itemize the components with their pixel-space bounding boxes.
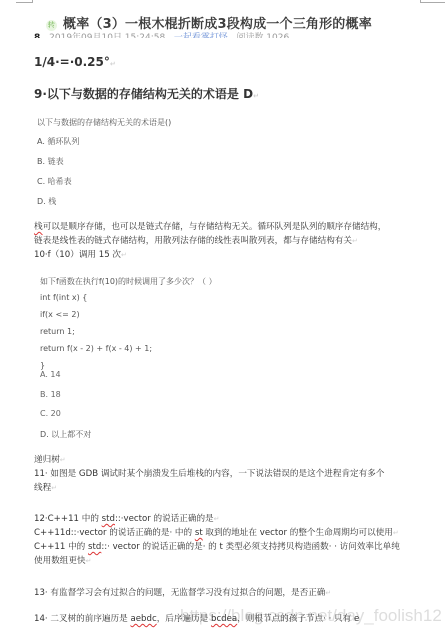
q9-explanation-line-2: 链表是线性表的链式存储结构，用散列法存储的线性表叫散列表，都与存储结构有关↵ xyxy=(34,235,358,248)
meta-reads: 阅读数 1026 xyxy=(236,33,289,38)
meta-date: 2019年09月10日 15:24:58 xyxy=(49,33,165,38)
q12-line-4: 使用数组更快↵ xyxy=(34,555,91,568)
article-title: 转概率（3）一根木棍折断成3段构成一个三角形的概率 xyxy=(46,13,372,32)
article-meta: 8 2019年09月10日 15:24:58 一起看雾打怪 阅读数 1026 xyxy=(34,32,364,38)
q10-option-a: A. 14 xyxy=(40,370,61,379)
question-9-heading: 9·以下与数据的存储结构无关的术语是 D↵ xyxy=(34,85,259,102)
q9-question: 以下与数据的存储结构无关的术语是() xyxy=(37,117,171,128)
code-line: return f(x - 2) + f(x - 4) + 1; xyxy=(40,344,152,353)
meta-author-link[interactable]: 一起看雾打怪 xyxy=(174,33,228,38)
code-line: } xyxy=(40,361,45,370)
page-corner-mark xyxy=(16,0,33,3)
q10-option-c: C. 20 xyxy=(40,409,61,418)
q10-explanation: 递归树↵ xyxy=(34,454,66,467)
code-line: int f(int x) { xyxy=(40,293,87,302)
q10-option-d: D. 以上都不对 xyxy=(40,429,91,440)
q10-option-b: B. 18 xyxy=(40,390,61,399)
answer-8: 1/4·=·0.25°↵ xyxy=(34,55,116,69)
q13: 13· 有监督学习会有过拟合的问题，无监督学习没有过拟合的问题，是否正确↵ xyxy=(34,587,331,600)
q9-option-d: D. 栈 xyxy=(37,196,56,207)
q10-question: 如下f函数在执行f(10)的时候调用了多少次？（ ） xyxy=(40,276,217,287)
code-line: if(x <= 2) xyxy=(40,310,80,319)
page-corner-mark xyxy=(420,0,445,3)
q9-explanation-line-1: 栈可以是顺序存储，也可以是链式存储，与存储结构无关。循环队列是队列的顺序存储结构… xyxy=(34,221,386,234)
list-number: 8 xyxy=(34,33,40,38)
q12-line-1: 12·C++11 中的 std::·vector 的说话正确的是↵ xyxy=(34,513,220,526)
repost-badge-icon: 转 xyxy=(46,20,57,31)
q11-line-2: 线程↵ xyxy=(34,482,57,495)
code-line: return 1; xyxy=(40,327,75,336)
q12-line-3: C++11 中的 std::· vector 的说话正确的是· 的 t 类型必须… xyxy=(34,541,400,554)
q10-answer-line: 10·f（10）调用 15 次↵ xyxy=(34,249,127,262)
q11-line-1: 11· 如图是 GDB 调试时某个崩溃发生后堆栈的内容，一下说法错误的是这个进程… xyxy=(34,468,384,481)
q9-option-c: C. 哈希表 xyxy=(37,176,72,187)
q14: 14· 二叉树的前序遍历是 aebdc，后序遍历是 bcdea，则根节点的孩子节… xyxy=(34,613,359,626)
q12-line-2: C++11d::·vector 的说话正确的是· 中的 st 取到的地址在 ve… xyxy=(34,527,399,540)
q9-option-a: A. 循环队列 xyxy=(37,136,79,147)
q9-option-b: B. 链表 xyxy=(37,156,64,167)
title-text: 概率（3）一根木棍折断成3段构成一个三角形的概率 xyxy=(63,17,372,32)
